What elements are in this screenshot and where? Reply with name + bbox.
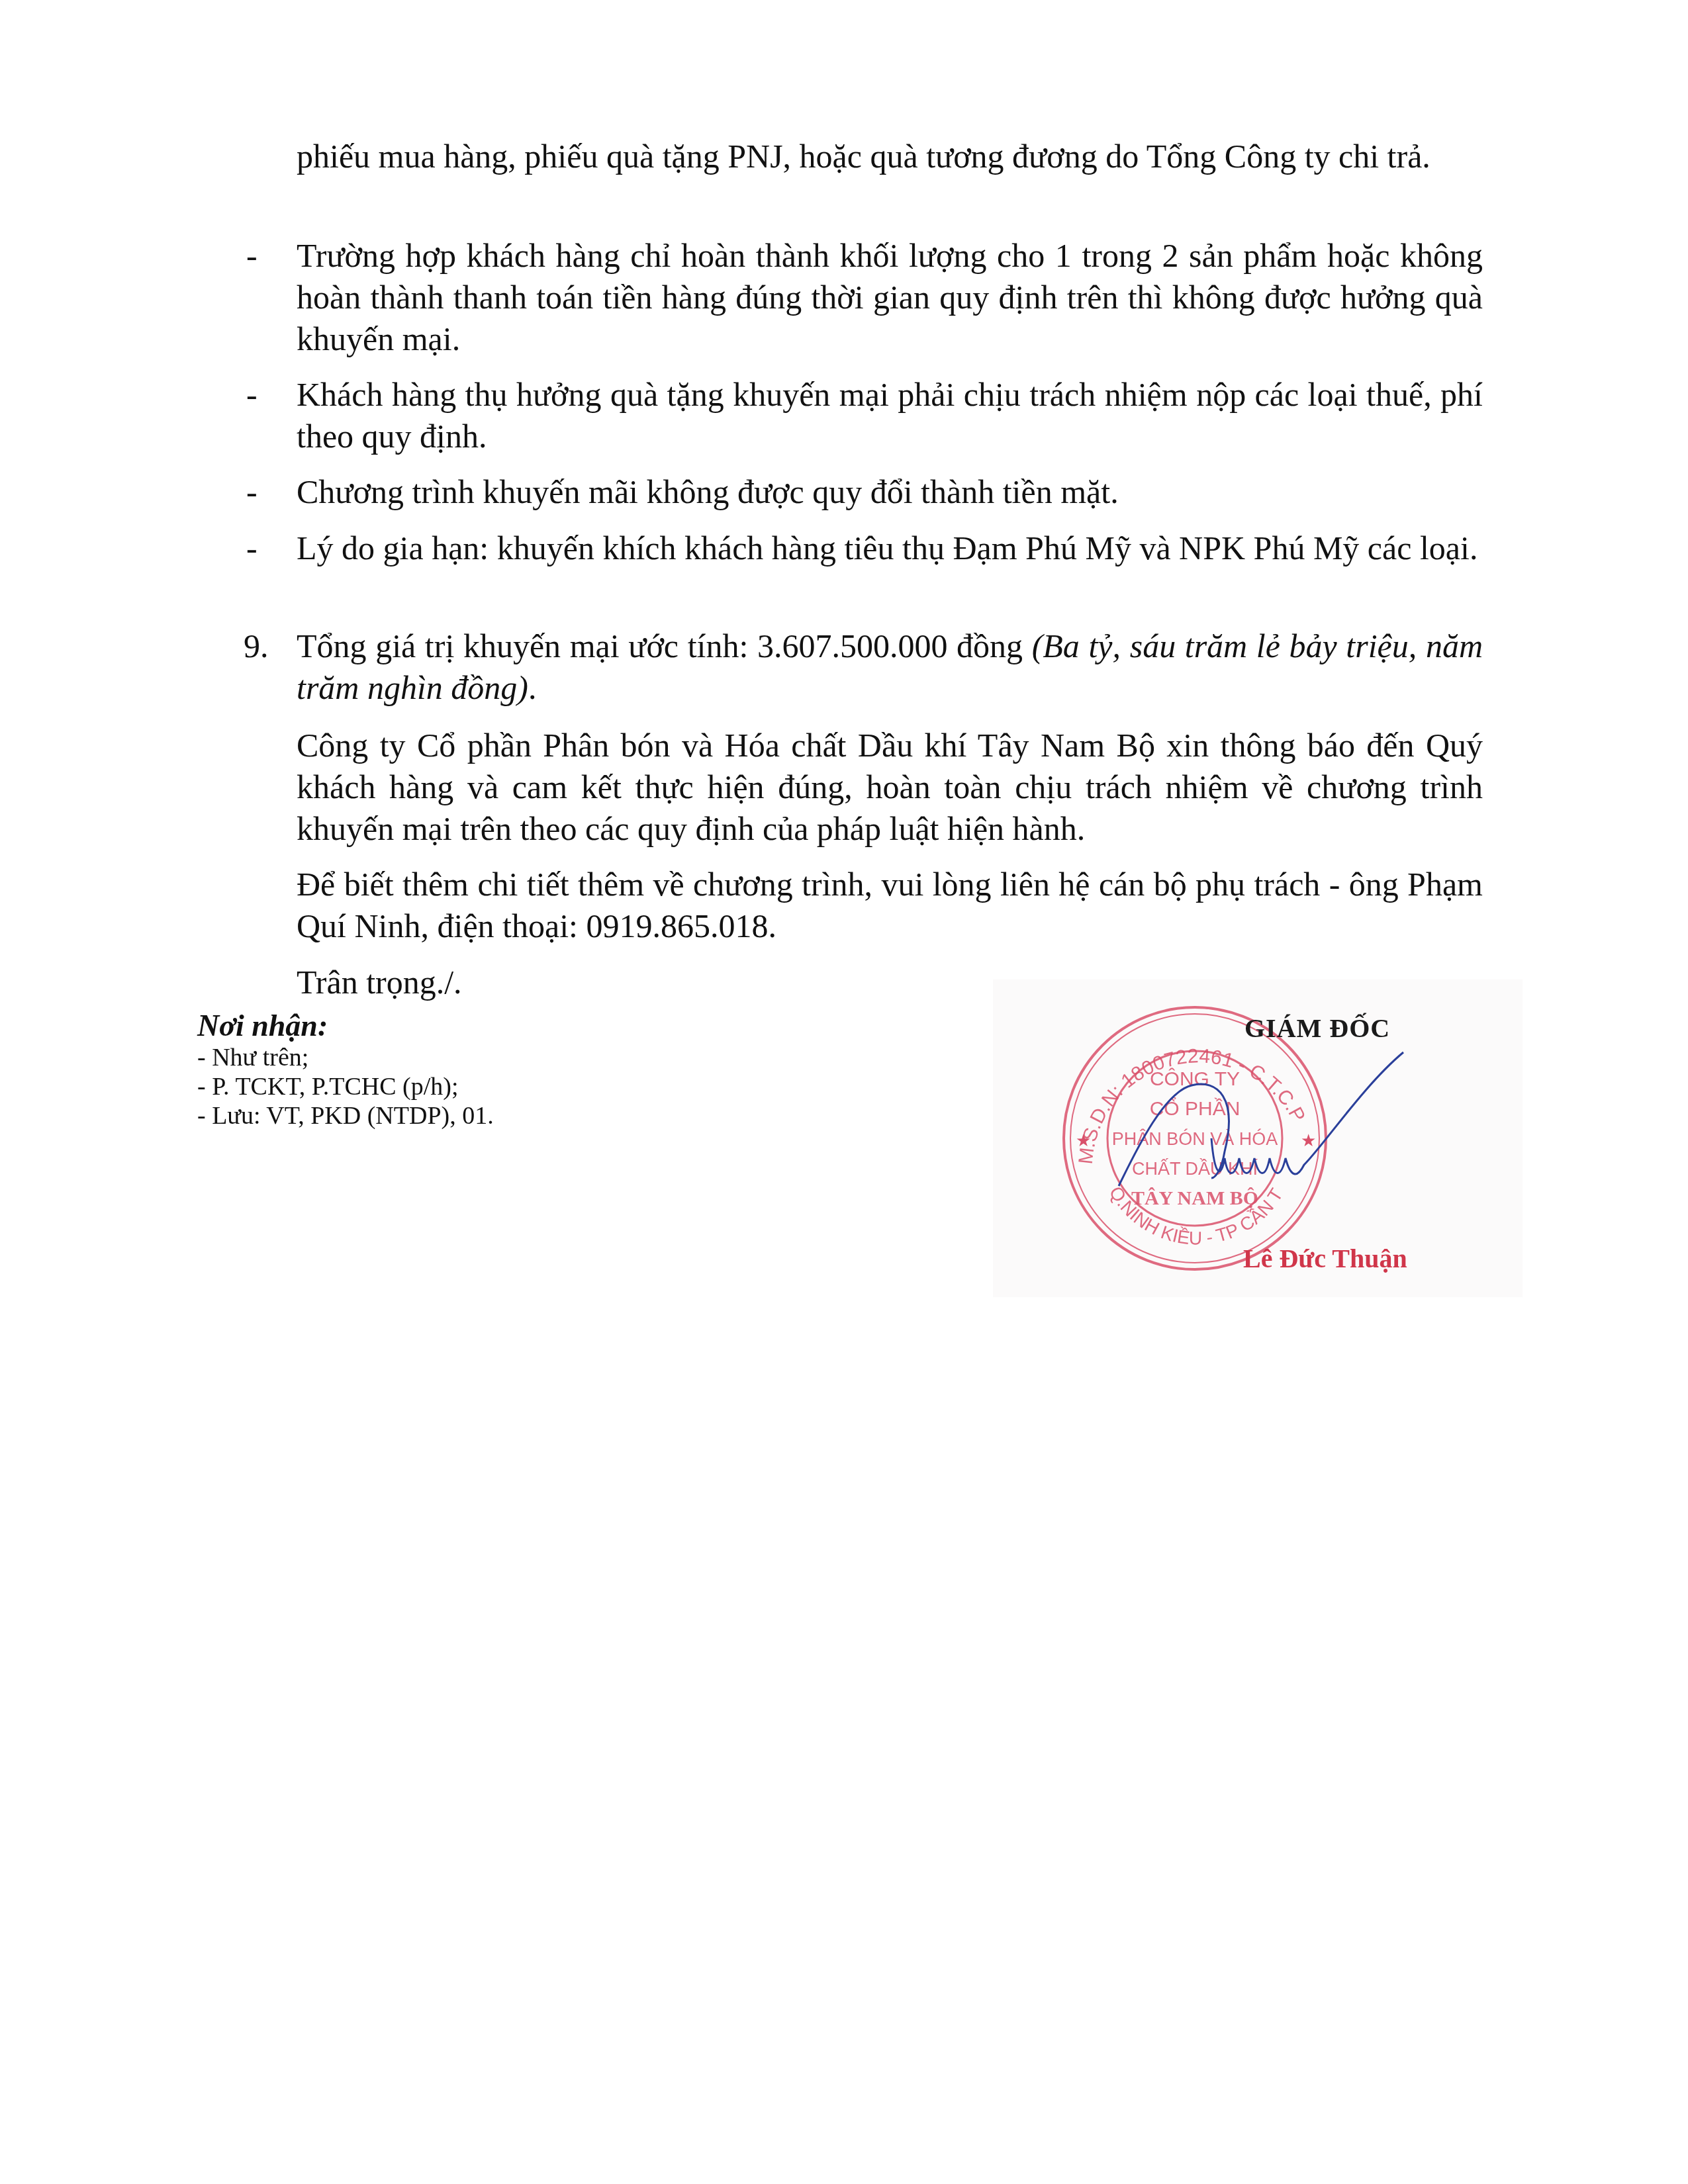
total-value-paragraph: Tổng giá trị khuyến mại ước tính: 3.607.… — [297, 625, 1483, 709]
total-value-text: Tổng giá trị khuyến mại ước tính: 3.607.… — [297, 627, 1032, 664]
bullet-item: Chương trình khuyến mãi không được quy đ… — [297, 471, 1483, 513]
total-value-end: . — [528, 669, 537, 706]
bullet-item: Khách hàng thụ hưởng quà tặng khuyến mại… — [297, 374, 1483, 457]
bullet-item: Trường hợp khách hàng chỉ hoàn thành khố… — [297, 235, 1483, 360]
recipients-title: Nơi nhận: — [197, 1009, 494, 1043]
bullet-marker: - — [246, 235, 258, 277]
item-number: 9. — [244, 625, 269, 667]
contact-paragraph: Để biết thêm chi tiết thêm về chương trì… — [297, 864, 1483, 947]
bullet-marker: - — [246, 471, 258, 513]
signature-block: M.S.D.N: 1800722461 - C.T.C.P Q.NINH KIỀ… — [993, 979, 1523, 1297]
signer-name: Lê Đức Thuận — [1243, 1243, 1407, 1274]
recipients-block: Nơi nhận: - Như trên; - P. TCKT, P.TCHC … — [197, 1009, 494, 1130]
document-page: phiếu mua hàng, phiếu quà tặng PNJ, hoặc… — [0, 0, 1688, 2184]
continuation-paragraph: phiếu mua hàng, phiếu quà tặng PNJ, hoặc… — [297, 136, 1483, 177]
bullet-marker: - — [246, 374, 258, 416]
recipient-item: - P. TCKT, P.TCHC (p/h); — [197, 1072, 494, 1101]
bullet-item: Lý do gia hạn: khuyến khích khách hàng t… — [297, 527, 1483, 569]
recipient-item: - Lưu: VT, PKD (NTDP), 01. — [197, 1101, 494, 1130]
commitment-paragraph: Công ty Cổ phần Phân bón và Hóa chất Dầu… — [297, 725, 1483, 850]
bullet-marker: - — [246, 527, 258, 569]
recipient-item: - Như trên; — [197, 1043, 494, 1072]
